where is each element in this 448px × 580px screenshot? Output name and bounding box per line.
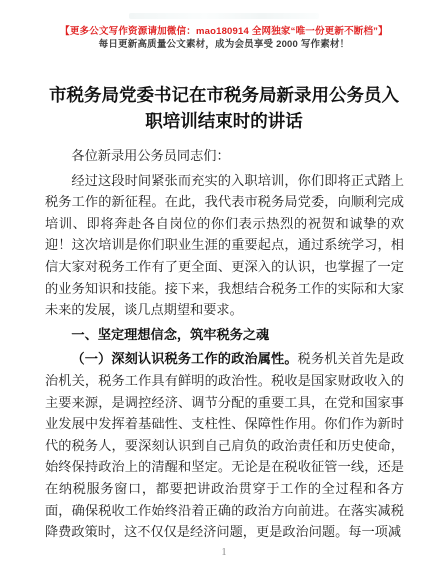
section-1-heading: 一、坚定理想信念，筑牢税务之魂 [45, 324, 404, 346]
faint-watermark-strip [129, 13, 319, 19]
item-1-lead: （一）深刻认识税务工作的政治属性。 [71, 351, 297, 366]
promo-line-1: 【更多公文写作资源请加微信：mao180914 全网独家“唯一份更新不断档”】 [0, 25, 448, 38]
promo-header: 【更多公文写作资源请加微信：mao180914 全网独家“唯一份更新不断档”】 … [0, 0, 448, 51]
page-number: 1 [0, 547, 448, 558]
intro-paragraph: 经过这段时间紧张而充实的入职培训，你们即将正式踏上税务工作的新征程。在此，我代表… [45, 170, 404, 321]
document-page: 【更多公文写作资源请加微信：mao180914 全网独家“唯一份更新不断档”】 … [0, 0, 448, 580]
document-body: 各位新录用公务员同志们： 经过这段时间紧张而充实的入职培训，你们即将正式踏上税务… [45, 145, 404, 543]
salutation: 各位新录用公务员同志们： [45, 145, 404, 167]
document-title: 市税务局党委书记在市税务局新录用公务员入职培训结束时的讲话 [45, 82, 403, 134]
item-1-paragraph: （一）深刻认识税务工作的政治属性。税务机关首先是政治机关，税务工作具有鲜明的政治… [45, 348, 404, 542]
item-1-body: 税务机关首先是政治机关，税务工作具有鲜明的政治性。税收是国家财政收入的主要来源，… [45, 351, 404, 539]
promo-line-2: 每日更新高质量公文素材，成为会员享受 2000 写作素材！ [0, 38, 448, 51]
